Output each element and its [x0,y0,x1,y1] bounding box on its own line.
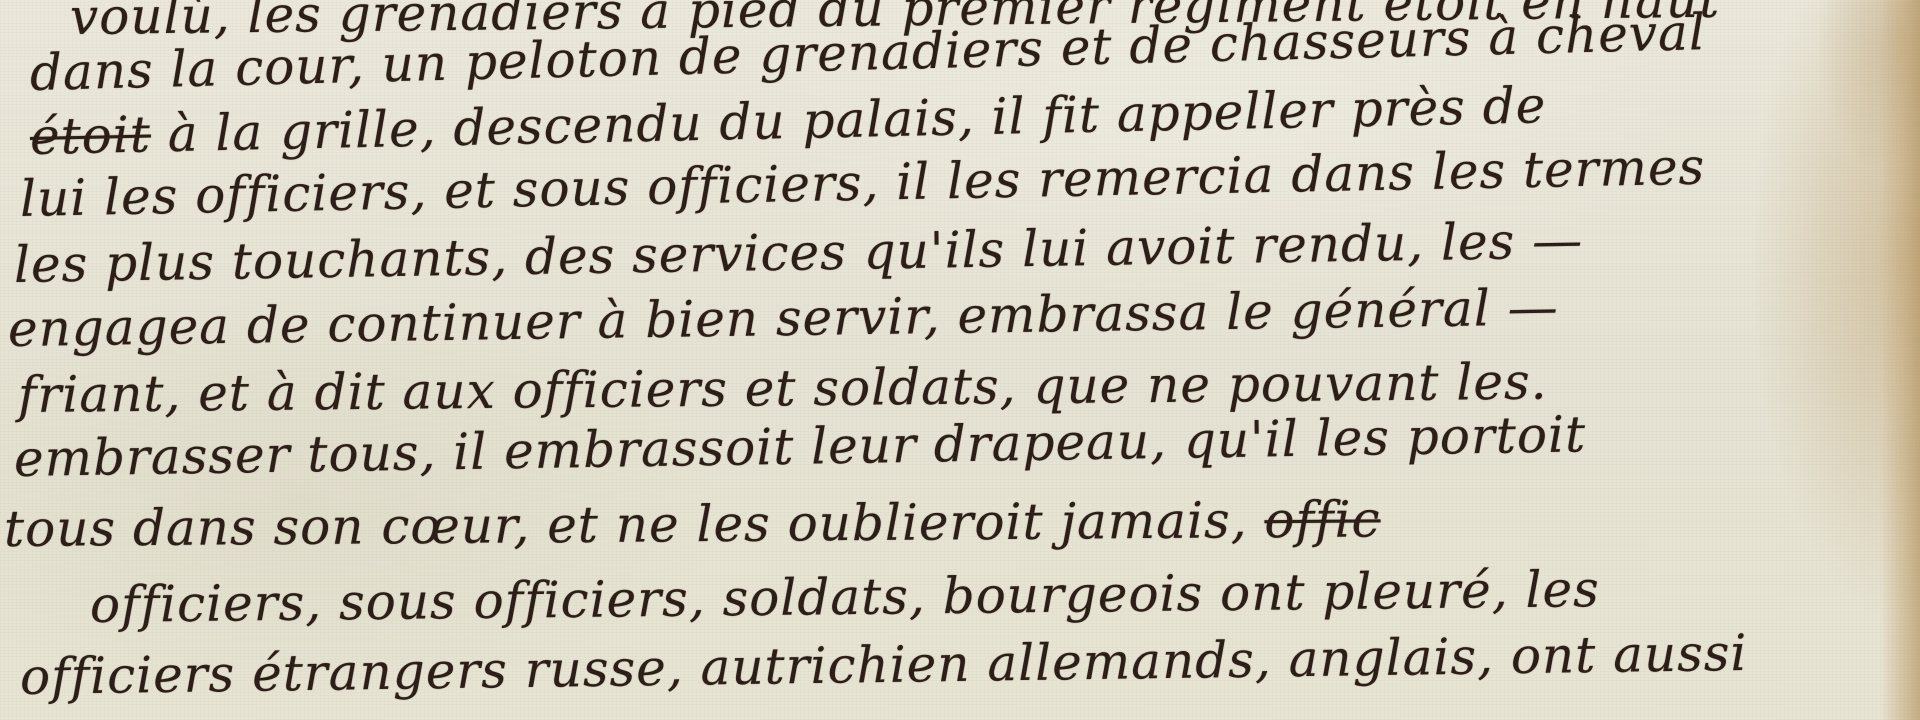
struck-word: offic [1264,490,1381,549]
paper-edge-stain [1880,0,1920,720]
manuscript-line-9: tous dans son cœur, et ne les oublieroit… [4,490,1381,558]
manuscript-line-10: officiers, sous officiers, soldats, bour… [90,560,1600,634]
line-text: officiers étrangers russe, autrichien al… [20,624,1748,706]
struck-word: étoit [29,105,151,166]
manuscript-line-11: officiers étrangers russe, autrichien al… [20,624,1748,706]
line-text: officiers, sous officiers, soldats, bour… [90,560,1600,634]
line-text: tous dans son cœur, et ne les oublieroit… [4,491,1248,558]
manuscript-page: voulù, les grenadiers à pied du premier … [0,0,1920,720]
